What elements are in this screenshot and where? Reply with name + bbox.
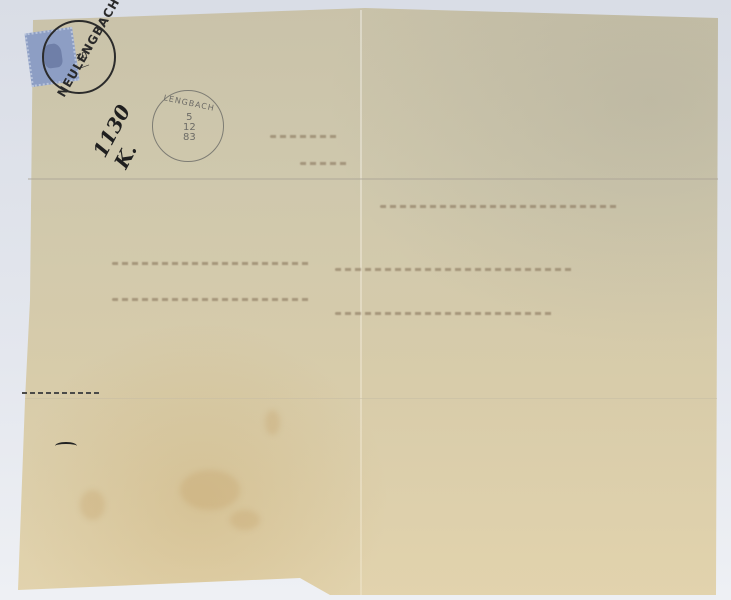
horizontal-fold-line-lower: [25, 398, 717, 399]
handwritten-annotation-wrapper: 1130 K.: [88, 150, 148, 210]
stain: [80, 490, 105, 520]
ink-marks: [22, 392, 102, 394]
faded-handwriting: [270, 135, 340, 138]
stain: [230, 510, 260, 530]
ink-stroke: [55, 442, 77, 450]
postmark-primary: NEULENGBACH 10 —: [42, 20, 116, 94]
faded-handwriting: [335, 268, 575, 271]
stain: [265, 410, 280, 435]
postmark-secondary: LENGBACH 5 12 83: [152, 90, 224, 162]
faded-handwriting: [380, 205, 620, 208]
faded-handwriting: [112, 262, 312, 265]
document-paper: [0, 0, 731, 600]
faded-handwriting: [112, 298, 312, 301]
faded-handwriting: [335, 312, 555, 315]
stain: [180, 470, 240, 510]
postmark-date: 5 12 83: [183, 113, 196, 143]
faded-handwriting: [300, 162, 350, 165]
vertical-fold-line: [360, 10, 362, 595]
